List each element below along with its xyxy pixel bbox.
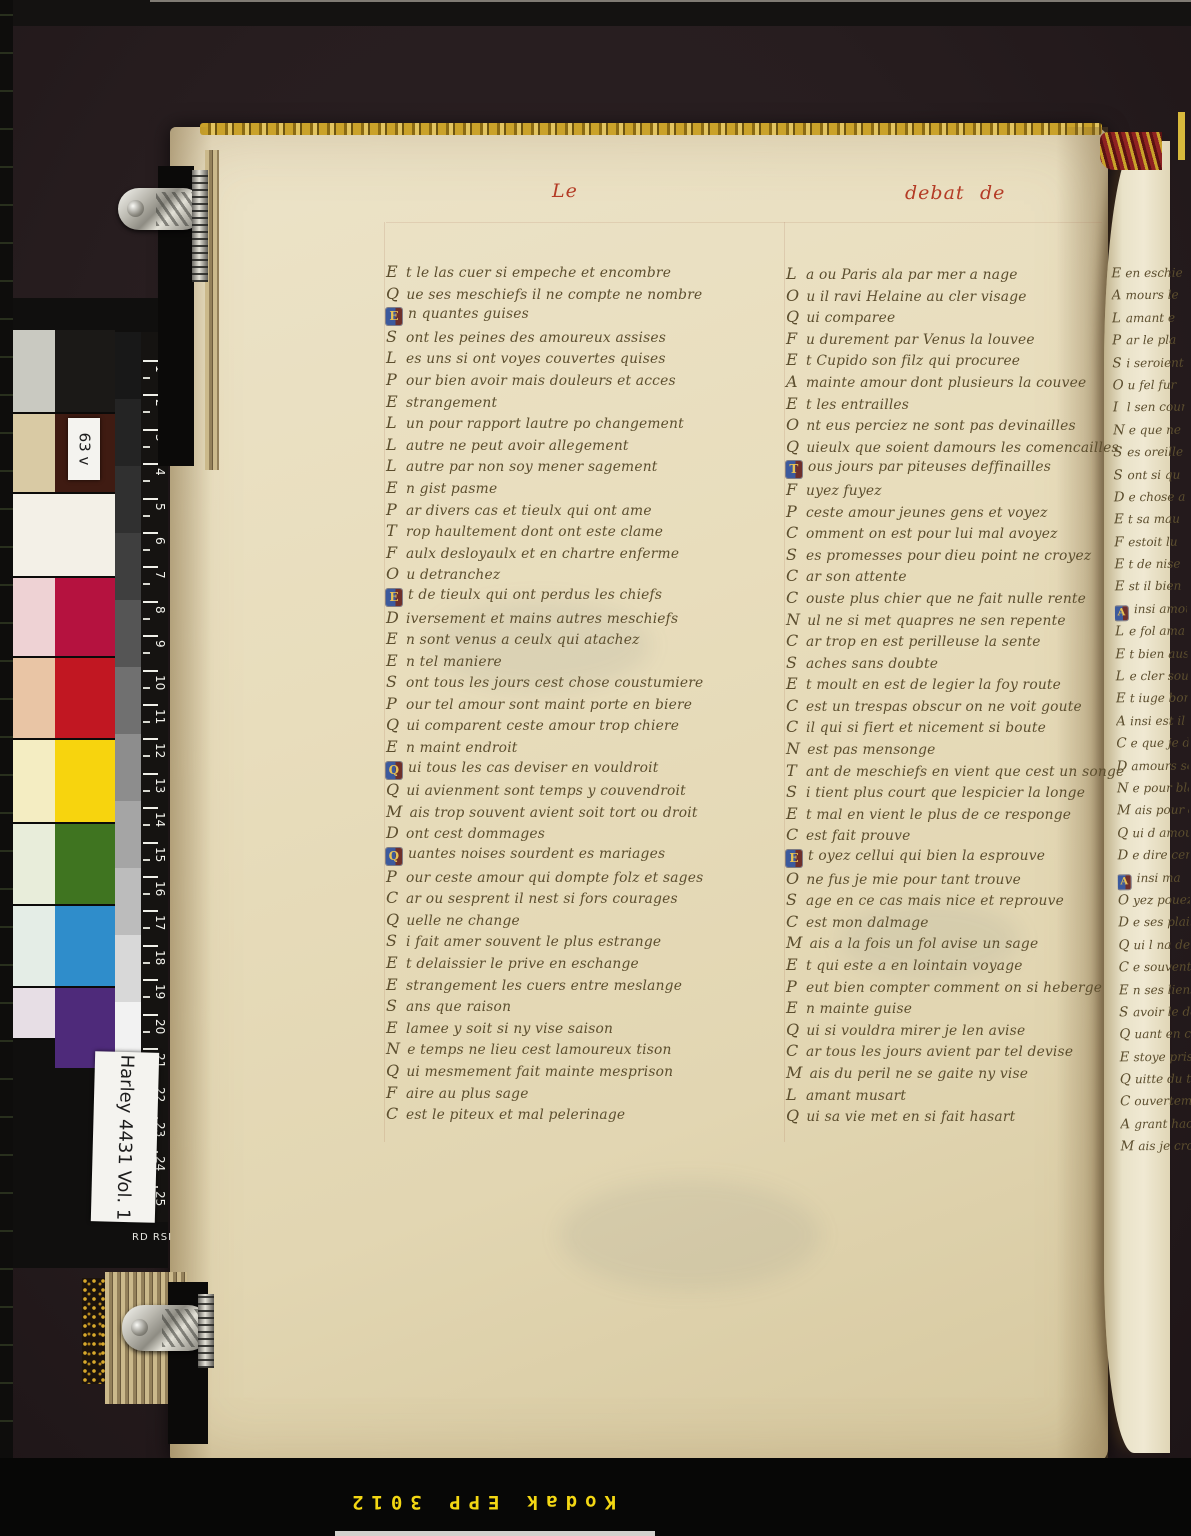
verse-line: En quantes guises xyxy=(386,304,758,326)
line-text: t le las cuer si empeche et encombre xyxy=(406,265,671,281)
engraved-metal-strip-top xyxy=(192,170,208,282)
verse-line: Estoye pris xyxy=(1119,1045,1191,1068)
verse-line: Lamant e xyxy=(1112,306,1184,329)
verse-line: Et sa mau xyxy=(1114,508,1186,531)
verse-line: Et Cupido son filz qui procuree xyxy=(786,349,1118,371)
verse-line: Pour ceste amour qui dompte folz et sage… xyxy=(386,866,758,888)
line-text: a ou Paris ala par mer a nage xyxy=(806,267,1018,283)
verse-line: Ses promesses pour dieu point ne croyez xyxy=(786,544,1118,566)
ruling-line-vertical xyxy=(384,222,385,1142)
line-text: mours le xyxy=(1126,288,1179,303)
line-text: rop haultement dont ont este clame xyxy=(406,524,663,540)
color-patch-row xyxy=(13,494,115,578)
line-capital: E xyxy=(386,974,399,996)
gray-step xyxy=(115,466,141,533)
ruler-half-tick xyxy=(143,755,150,757)
line-text: t les entrailles xyxy=(806,397,909,413)
color-patch xyxy=(13,330,55,414)
gray-step xyxy=(115,734,141,801)
photograph-of-manuscript: Le debat de Et le las cuer si empeche et… xyxy=(0,0,1191,1536)
verse-line: Elamee y soit si ny vise saison xyxy=(386,1017,758,1039)
line-capital: F xyxy=(386,542,399,564)
line-capital: S xyxy=(786,889,799,911)
color-patch xyxy=(55,578,115,658)
line-text: est pas mensonge xyxy=(807,742,935,758)
line-capital: T xyxy=(786,760,799,782)
line-text: n gist pasme xyxy=(406,481,497,497)
line-text: ar ou sesprent il nest si fors courages xyxy=(406,891,678,907)
verse-line: Fuyez fuyez xyxy=(786,479,1118,501)
verse-line: Qui d amou xyxy=(1117,821,1189,844)
line-capital: Q xyxy=(386,1060,399,1082)
frame-edge-highlight xyxy=(150,0,1191,2)
verse-line: Ainsi ma xyxy=(1118,866,1190,889)
line-capital: O xyxy=(1112,374,1123,397)
verse-line: Dont cest dommages xyxy=(386,822,758,844)
line-text: u detranchez xyxy=(406,567,500,583)
verse-line: Et bien aus xyxy=(1115,642,1187,665)
verse-line: Diversement et mains autres meschiefs xyxy=(386,607,758,629)
verse-line: Mais a la fois un fol avise un sage xyxy=(786,932,1118,954)
verse-line: Sans que raison xyxy=(386,995,758,1017)
line-capital: N xyxy=(1117,777,1129,800)
verse-line: Savoir le do xyxy=(1119,1000,1191,1023)
verse-line: Nul ne si met quapres ne sen repente xyxy=(786,609,1118,631)
line-capital: P xyxy=(386,693,399,715)
line-text: ais trop souvent avient soit tort ou dro… xyxy=(410,805,698,821)
line-capital: C xyxy=(386,887,399,909)
line-text: est le piteux et mal pelerinage xyxy=(406,1107,625,1123)
line-capital: C xyxy=(786,630,799,652)
line-text: stoye pris xyxy=(1134,1049,1191,1064)
color-patch xyxy=(55,740,115,824)
line-text: ar trop en est perilleuse la sente xyxy=(806,634,1041,650)
verse-line: Ou il ravi Helaine au cler visage xyxy=(786,285,1118,307)
line-text: t de nise xyxy=(1128,557,1180,572)
verse-line: Pour tel amour sont maint porte en biere xyxy=(386,693,758,715)
line-capital: E xyxy=(1115,643,1125,666)
ruler-number: 16 xyxy=(153,881,167,897)
ruler-half-tick xyxy=(143,549,150,551)
color-patch xyxy=(13,740,55,824)
line-capital: Q xyxy=(1117,822,1128,845)
line-text: insi ma xyxy=(1137,870,1181,884)
line-text: our bien avoir mais douleurs et acces xyxy=(406,373,676,389)
line-capital: S xyxy=(386,671,399,693)
line-capital: D xyxy=(1116,755,1127,778)
line-capital: Q xyxy=(386,779,399,801)
verse-line: De dire cert xyxy=(1117,844,1189,867)
line-capital: M xyxy=(786,932,803,954)
verse-line: Sont tous les jours cest chose coustumie… xyxy=(386,671,758,693)
line-text: ant de meschiefs en vient que cest un so… xyxy=(806,764,1124,780)
verse-line: Festoit lu xyxy=(1114,530,1186,553)
color-patch-row xyxy=(13,906,115,988)
line-capital: E xyxy=(1111,262,1121,285)
line-capital: C xyxy=(1120,1091,1131,1114)
line-text: un pour rapport lautre po changement xyxy=(406,416,684,432)
ruler-number: 12 xyxy=(153,743,167,759)
verse-line: Couvertemen xyxy=(1120,1090,1191,1113)
line-text: est fait prouve xyxy=(806,828,910,844)
ruler-number: 19 xyxy=(153,984,167,1000)
line-text: en eschieu xyxy=(1125,266,1190,281)
shelfmark-label: Harley 4431 Vol. 1 xyxy=(91,1051,159,1223)
line-text: insi est il xyxy=(1130,713,1185,728)
ruler-number: 6 xyxy=(153,537,167,553)
ruler-tick xyxy=(143,498,158,500)
ruler-tick xyxy=(143,979,158,981)
line-capital: C xyxy=(1116,732,1127,755)
ruler-tick xyxy=(143,1048,158,1050)
verse-line: Si fait amer souvent le plus estrange xyxy=(386,930,758,952)
line-capital: D xyxy=(386,822,399,844)
verse-line: Car trop en est perilleuse la sente xyxy=(786,630,1118,652)
ruler-half-tick xyxy=(143,962,150,964)
verse-line: Trop haultement dont ont este clame xyxy=(386,520,758,542)
ruler-footer-text: RD RSI xyxy=(132,1232,172,1243)
line-text: autre par non soy mener sagement xyxy=(406,459,658,475)
line-capital: D xyxy=(1118,912,1129,935)
verse-line: Le cler sou xyxy=(1115,665,1187,688)
line-text: strangement xyxy=(406,395,497,411)
line-text: ceste amour jeunes gens et voyez xyxy=(806,505,1048,521)
line-capital: S xyxy=(786,781,799,803)
line-text: aire au plus sage xyxy=(406,1086,529,1102)
verse-line: Ne que ne xyxy=(1113,418,1185,441)
verse-line: La ou Paris ala par mer a nage xyxy=(786,263,1118,285)
verse-line: Il sen cour xyxy=(1113,396,1185,419)
verse-line: Ne pour bla xyxy=(1117,777,1189,800)
color-patch-row xyxy=(13,740,115,824)
line-text: ont les peines des amoureux assises xyxy=(406,330,666,346)
ruler-number: 15 xyxy=(153,847,167,863)
line-text: es promesses pour dieu point ne croyez xyxy=(806,548,1091,564)
ruling-line-horizontal xyxy=(386,222,1102,223)
line-text: e chose an xyxy=(1128,489,1191,504)
illuminated-initial: Q xyxy=(386,762,402,779)
ink-show-through xyxy=(560,1180,820,1290)
ruler-half-tick xyxy=(143,652,150,654)
line-capital: O xyxy=(386,563,399,585)
verse-line: Qui sa vie met en si fait hasart xyxy=(786,1105,1118,1127)
gray-step xyxy=(115,533,141,600)
ruler-tick xyxy=(143,807,158,809)
line-text: t bien aus xyxy=(1129,646,1189,661)
ruler-tick xyxy=(143,463,158,465)
ruler-number: 7 xyxy=(153,571,167,587)
line-capital: E xyxy=(386,261,399,283)
ruler-tick xyxy=(143,360,158,362)
verse-line: Et mal en vient le plus de ce responge xyxy=(786,803,1118,825)
line-capital: S xyxy=(1112,352,1122,375)
line-capital: P xyxy=(786,501,799,523)
verse-line: Ou detranchez xyxy=(386,563,758,585)
line-capital: P xyxy=(786,976,799,998)
verse-line: Qui si vouldra mirer je len avise xyxy=(786,1019,1118,1041)
line-capital: A xyxy=(786,371,799,393)
line-text: n maint endroit xyxy=(406,740,518,756)
ruler-half-tick xyxy=(143,790,150,792)
line-text: t de tieulx qui ont perdus les chiefs xyxy=(408,587,662,603)
line-text: t sa mau xyxy=(1128,512,1180,527)
ruler-tick xyxy=(143,773,158,775)
line-text: uant en ce xyxy=(1134,1027,1191,1042)
line-capital: M xyxy=(786,1062,803,1084)
line-capital: A xyxy=(1116,710,1126,733)
ruler-tick xyxy=(143,945,158,947)
line-text: n mainte guise xyxy=(806,1001,912,1017)
line-text: u il ravi Helaine au cler visage xyxy=(806,289,1026,305)
verse-line: Sont si qu xyxy=(1113,463,1185,486)
line-text: aulx desloyaulx et en chartre enferme xyxy=(406,546,679,562)
text-column-2: La ou Paris ala par mer a nageOu il ravi… xyxy=(786,263,1118,1145)
verse-line: Qui comparent ceste amour trop chiere xyxy=(386,714,758,736)
grayscale-strip xyxy=(115,332,141,1069)
film-brand-text: Kodak EPP 3012 xyxy=(270,1484,690,1520)
verse-line: Tous jours par piteuses deffinailles xyxy=(786,457,1118,479)
verse-line: One fus je mie pour tant trouve xyxy=(786,868,1118,890)
line-text: ui d amou xyxy=(1132,825,1191,840)
line-text: t delaissier le prive en eschange xyxy=(406,956,639,972)
ruler-number: 10 xyxy=(153,675,167,691)
line-capital: E xyxy=(386,650,399,672)
color-patch xyxy=(55,330,115,414)
line-capital: Q xyxy=(1118,934,1129,957)
verse-line: Lamant musart xyxy=(786,1084,1118,1106)
illuminated-initial: A xyxy=(1118,875,1131,889)
ruler-number: 5 xyxy=(153,503,167,519)
line-capital: D xyxy=(1117,844,1128,867)
line-capital: L xyxy=(786,1084,799,1106)
line-capital: C xyxy=(786,522,799,544)
verse-line: Ont eus perciez ne sont pas devinailles xyxy=(786,414,1118,436)
verse-line: En sont venus a ceulx qui atachez xyxy=(386,628,758,650)
verse-line: Een eschieu xyxy=(1111,262,1183,285)
verse-line: Car son attente xyxy=(786,565,1118,587)
line-text: es uns si ont voyes couvertes quises xyxy=(406,351,666,367)
line-capital: L xyxy=(386,412,399,434)
line-capital: L xyxy=(1115,621,1125,644)
line-capital: S xyxy=(386,326,399,348)
line-text: ar le pla xyxy=(1126,333,1176,348)
line-capital: O xyxy=(786,285,799,307)
ruler-tick xyxy=(143,876,158,878)
line-capital: C xyxy=(786,587,799,609)
line-capital: F xyxy=(386,1082,399,1104)
line-text: ouste plus chier que ne fait nulle rente xyxy=(806,591,1086,607)
verse-line: Comment on est pour lui mal avoyez xyxy=(786,522,1118,544)
verse-line: Ainsi amou xyxy=(1115,597,1187,620)
line-capital: N xyxy=(786,738,800,760)
gray-step xyxy=(115,935,141,1002)
color-patch-row xyxy=(13,658,115,740)
line-capital: P xyxy=(386,866,399,888)
verse-line: Faulx desloyaulx et en chartre enferme xyxy=(386,542,758,564)
line-text: e pour bla xyxy=(1133,781,1191,796)
line-capital: L xyxy=(386,347,399,369)
color-patch xyxy=(13,494,55,578)
line-text: strangement les cuers entre meslange xyxy=(406,978,682,994)
line-text: nt eus perciez ne sont pas devinailles xyxy=(806,418,1075,434)
verse-line: Car tous les jours avient par tel devise xyxy=(786,1040,1118,1062)
verse-line: Qui comparee xyxy=(786,306,1118,328)
line-capital: T xyxy=(386,520,399,542)
frame-edge-sliver xyxy=(335,1531,655,1536)
ruler-half-tick xyxy=(143,583,150,585)
verse-line: Qui mesmement fait mainte mesprison xyxy=(386,1060,758,1082)
verse-line: Estrangement xyxy=(386,391,758,413)
verse-line: En ses liens xyxy=(1119,978,1191,1001)
line-text: iversement et mains autres meschiefs xyxy=(406,611,678,627)
verse-line: Quantes noises sourdent es mariages xyxy=(386,844,758,866)
verse-line: Par le pla xyxy=(1112,329,1184,352)
verse-line: Si seroient xyxy=(1112,351,1184,374)
color-patch xyxy=(55,494,115,578)
folio-number-label: 63 v xyxy=(68,418,100,480)
ruler-tick xyxy=(143,910,158,912)
ruler-tick xyxy=(143,532,158,534)
line-capital: E xyxy=(786,673,799,695)
line-text: ui mesmement fait mainte mesprison xyxy=(406,1064,673,1080)
line-text: t Cupido son filz qui procuree xyxy=(806,353,1020,369)
ruler-half-tick xyxy=(143,996,150,998)
line-capital: E xyxy=(1116,688,1126,711)
line-text: ont si qu xyxy=(1127,467,1180,482)
line-capital: E xyxy=(786,997,799,1019)
line-capital: Q xyxy=(386,909,399,931)
verse-line: Mais pour d xyxy=(1117,799,1189,822)
line-capital: E xyxy=(1119,979,1129,1002)
color-patch-row xyxy=(13,988,115,1040)
line-text: uyez fuyez xyxy=(806,483,882,499)
verse-line: Quelle ne change xyxy=(386,909,758,931)
ruler-tick xyxy=(143,738,158,740)
verse-line: Lautre par non soy mener sagement xyxy=(386,455,758,477)
verse-line: Quitte du tr xyxy=(1120,1068,1191,1091)
verse-line: Nest pas mensonge xyxy=(786,738,1118,760)
ruler-half-tick xyxy=(143,687,150,689)
film-frame-top xyxy=(0,0,1191,26)
line-text: il qui si fiert et nicement si boute xyxy=(806,720,1046,736)
line-text: e cler sou xyxy=(1130,669,1189,684)
verse-line: Lautre ne peut avoir allegement xyxy=(386,434,758,456)
engraved-metal-strip-bottom xyxy=(198,1294,214,1368)
illuminated-initial: A xyxy=(1115,606,1128,620)
line-capital: E xyxy=(786,349,799,371)
verse-line: Peut bien compter comment on si heberge xyxy=(786,976,1118,998)
line-text: ui avienment sont temps y couvendroit xyxy=(406,783,686,799)
gray-step xyxy=(115,600,141,667)
metal-clip-bottom xyxy=(122,1305,210,1351)
ruling-line-vertical xyxy=(784,222,785,1142)
line-text: n tel maniere xyxy=(406,654,502,670)
running-header-de: de xyxy=(980,182,1005,204)
line-text: n ses liens xyxy=(1133,982,1191,997)
gray-step xyxy=(115,667,141,734)
verse-line: Qui l na de xyxy=(1118,933,1190,956)
line-capital: S xyxy=(1119,1001,1129,1024)
line-text: e dire cert xyxy=(1132,848,1191,863)
verse-line: Cest le piteux et mal pelerinage xyxy=(386,1103,758,1125)
line-capital: Q xyxy=(786,1105,799,1127)
gray-step xyxy=(115,399,141,466)
verse-line: Si tient plus court que lespicier la lon… xyxy=(786,781,1118,803)
line-text: e ses plaisi xyxy=(1133,915,1191,930)
verse-line: Le fol ama xyxy=(1115,620,1187,643)
line-capital: E xyxy=(786,954,799,976)
line-text: our tel amour sont maint porte en biere xyxy=(406,697,692,713)
verse-line: Cest un trespas obscur on ne voit goute xyxy=(786,695,1118,717)
line-capital: S xyxy=(786,652,799,674)
line-capital: C xyxy=(786,1040,799,1062)
line-capital: O xyxy=(786,414,799,436)
line-text: mainte amour dont plusieurs la couvee xyxy=(806,375,1086,391)
line-text: ne fus je mie pour tant trouve xyxy=(806,872,1021,888)
verse-line: Quant en ce xyxy=(1119,1023,1191,1046)
line-text: eut bien compter comment on si heberge xyxy=(806,980,1102,996)
line-text: ui comparent ceste amour trop chiere xyxy=(406,718,679,734)
verse-line: Saches sans doubte xyxy=(786,652,1118,674)
line-text: estoit lu xyxy=(1128,534,1178,549)
line-text: ui si vouldra mirer je len avise xyxy=(806,1023,1025,1039)
verse-line: Par divers cas et tieulx qui ont ame xyxy=(386,499,758,521)
color-patch-row xyxy=(13,330,115,414)
line-capital: L xyxy=(786,263,799,285)
line-text: aches sans doubte xyxy=(806,656,938,672)
line-text: autre ne peut avoir allegement xyxy=(406,438,629,454)
verse-line: Qui tous les cas deviser en vouldroit xyxy=(386,758,758,780)
line-text: ui tous les cas deviser en vouldroit xyxy=(408,760,659,776)
striped-endband xyxy=(1100,132,1162,170)
line-text: age en ce cas mais nice et reprouve xyxy=(806,893,1064,909)
color-patch xyxy=(55,824,115,906)
verse-line: En tel maniere xyxy=(386,650,758,672)
line-text: ar tous les jours avient par tel devise xyxy=(806,1044,1073,1060)
ruler-half-tick xyxy=(143,927,150,929)
line-text: t moult en est de legier la foy route xyxy=(806,677,1061,693)
line-text: i fait amer souvent le plus estrange xyxy=(406,934,661,950)
ruler-number: 18 xyxy=(153,950,167,966)
color-patch-row xyxy=(13,578,115,658)
line-text: yez pouez xyxy=(1133,893,1191,908)
ruler-number: 13 xyxy=(153,778,167,794)
line-capital: O xyxy=(786,868,799,890)
line-capital: C xyxy=(786,716,799,738)
gilded-page-top-edge xyxy=(200,123,1102,135)
color-patch xyxy=(13,988,55,1040)
verse-line: De chose an xyxy=(1114,486,1186,509)
line-capital: C xyxy=(786,911,799,933)
line-capital: E xyxy=(386,391,399,413)
line-capital: C xyxy=(786,824,799,846)
ruler-tick xyxy=(143,394,158,396)
verse-line: Agrant hach xyxy=(1120,1112,1191,1135)
line-text: e que ne xyxy=(1129,422,1181,437)
color-patch-row xyxy=(13,824,115,906)
verse-line: Faire au plus sage xyxy=(386,1082,758,1104)
line-text: n quantes guises xyxy=(408,306,529,322)
line-capital: E xyxy=(386,477,399,499)
line-capital: F xyxy=(1114,531,1124,554)
line-text: lamee y soit si ny vise saison xyxy=(406,1021,613,1037)
line-capital: F xyxy=(786,479,799,501)
verse-line: Tant de meschiefs en vient que cest un s… xyxy=(786,760,1118,782)
line-capital: N xyxy=(386,1038,400,1060)
ruler-tick xyxy=(143,1014,158,1016)
line-capital: Q xyxy=(386,714,399,736)
line-text: i tient plus court que lespicier la long… xyxy=(806,785,1085,801)
